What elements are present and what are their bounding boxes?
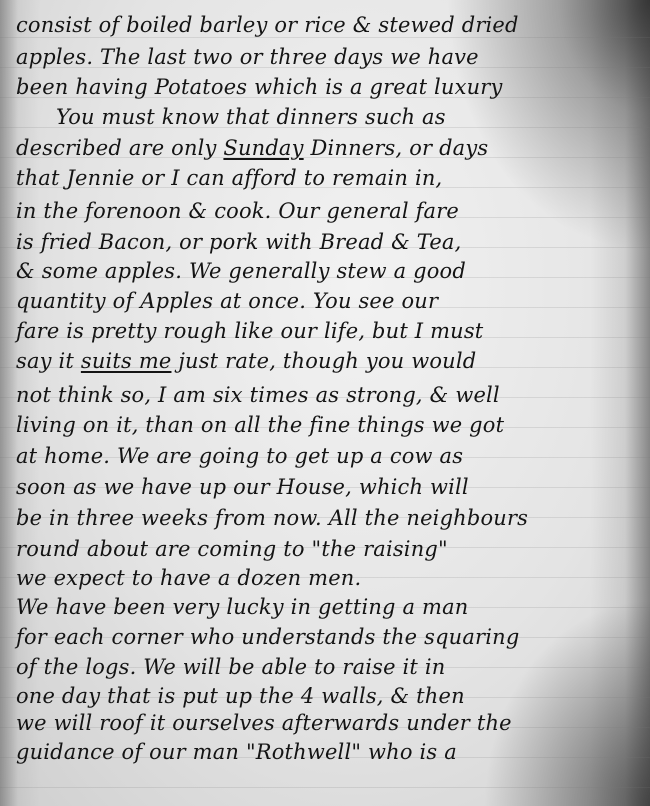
handwritten-line: quantity of Apples at once. You see our bbox=[16, 286, 640, 316]
handwritten-line: You must know that dinners such as bbox=[56, 102, 640, 132]
handwritten-line: we expect to have a dozen men. bbox=[16, 563, 640, 593]
handwritten-line: say it suits me just rate, though you wo… bbox=[16, 346, 640, 376]
handwritten-line: We have been very lucky in getting a man bbox=[16, 592, 640, 622]
handwritten-text-block: consist of boiled barley or rice & stewe… bbox=[0, 0, 650, 806]
handwritten-line: apples. The last two or three days we ha… bbox=[16, 42, 640, 72]
handwritten-line: not think so, I am six times as strong, … bbox=[16, 380, 640, 410]
handwritten-line: is fried Bacon, or pork with Bread & Tea… bbox=[16, 227, 640, 257]
handwritten-line: fare is pretty rough like our life, but … bbox=[16, 316, 640, 346]
handwritten-line: be in three weeks from now. All the neig… bbox=[16, 503, 640, 533]
underlined-word: suits me bbox=[81, 349, 172, 373]
handwritten-line: described are only Sunday Dinners, or da… bbox=[16, 133, 640, 163]
handwritten-line: & some apples. We generally stew a good bbox=[16, 256, 640, 286]
handwritten-line: consist of boiled barley or rice & stewe… bbox=[16, 10, 640, 40]
handwritten-line: guidance of our man "Rothwell" who is a bbox=[16, 737, 640, 767]
handwritten-line: at home. We are going to get up a cow as bbox=[16, 441, 640, 471]
underlined-word: Sunday bbox=[223, 136, 303, 160]
handwritten-line: for each corner who understands the squa… bbox=[16, 622, 640, 652]
handwritten-line: in the forenoon & cook. Our general fare bbox=[16, 196, 640, 226]
handwritten-line: we will roof it ourselves afterwards und… bbox=[16, 708, 640, 738]
handwritten-line: been having Potatoes which is a great lu… bbox=[16, 72, 640, 102]
handwritten-line: one day that is put up the 4 walls, & th… bbox=[16, 681, 640, 711]
scanned-letter-page: consist of boiled barley or rice & stewe… bbox=[0, 0, 650, 806]
handwritten-line: round about are coming to "the raising" bbox=[16, 534, 640, 564]
handwritten-line: living on it, than on all the fine thing… bbox=[16, 410, 640, 440]
handwritten-line: that Jennie or I can afford to remain in… bbox=[16, 163, 640, 193]
handwritten-line: soon as we have up our House, which will bbox=[16, 472, 640, 502]
handwritten-line: of the logs. We will be able to raise it… bbox=[16, 652, 640, 682]
